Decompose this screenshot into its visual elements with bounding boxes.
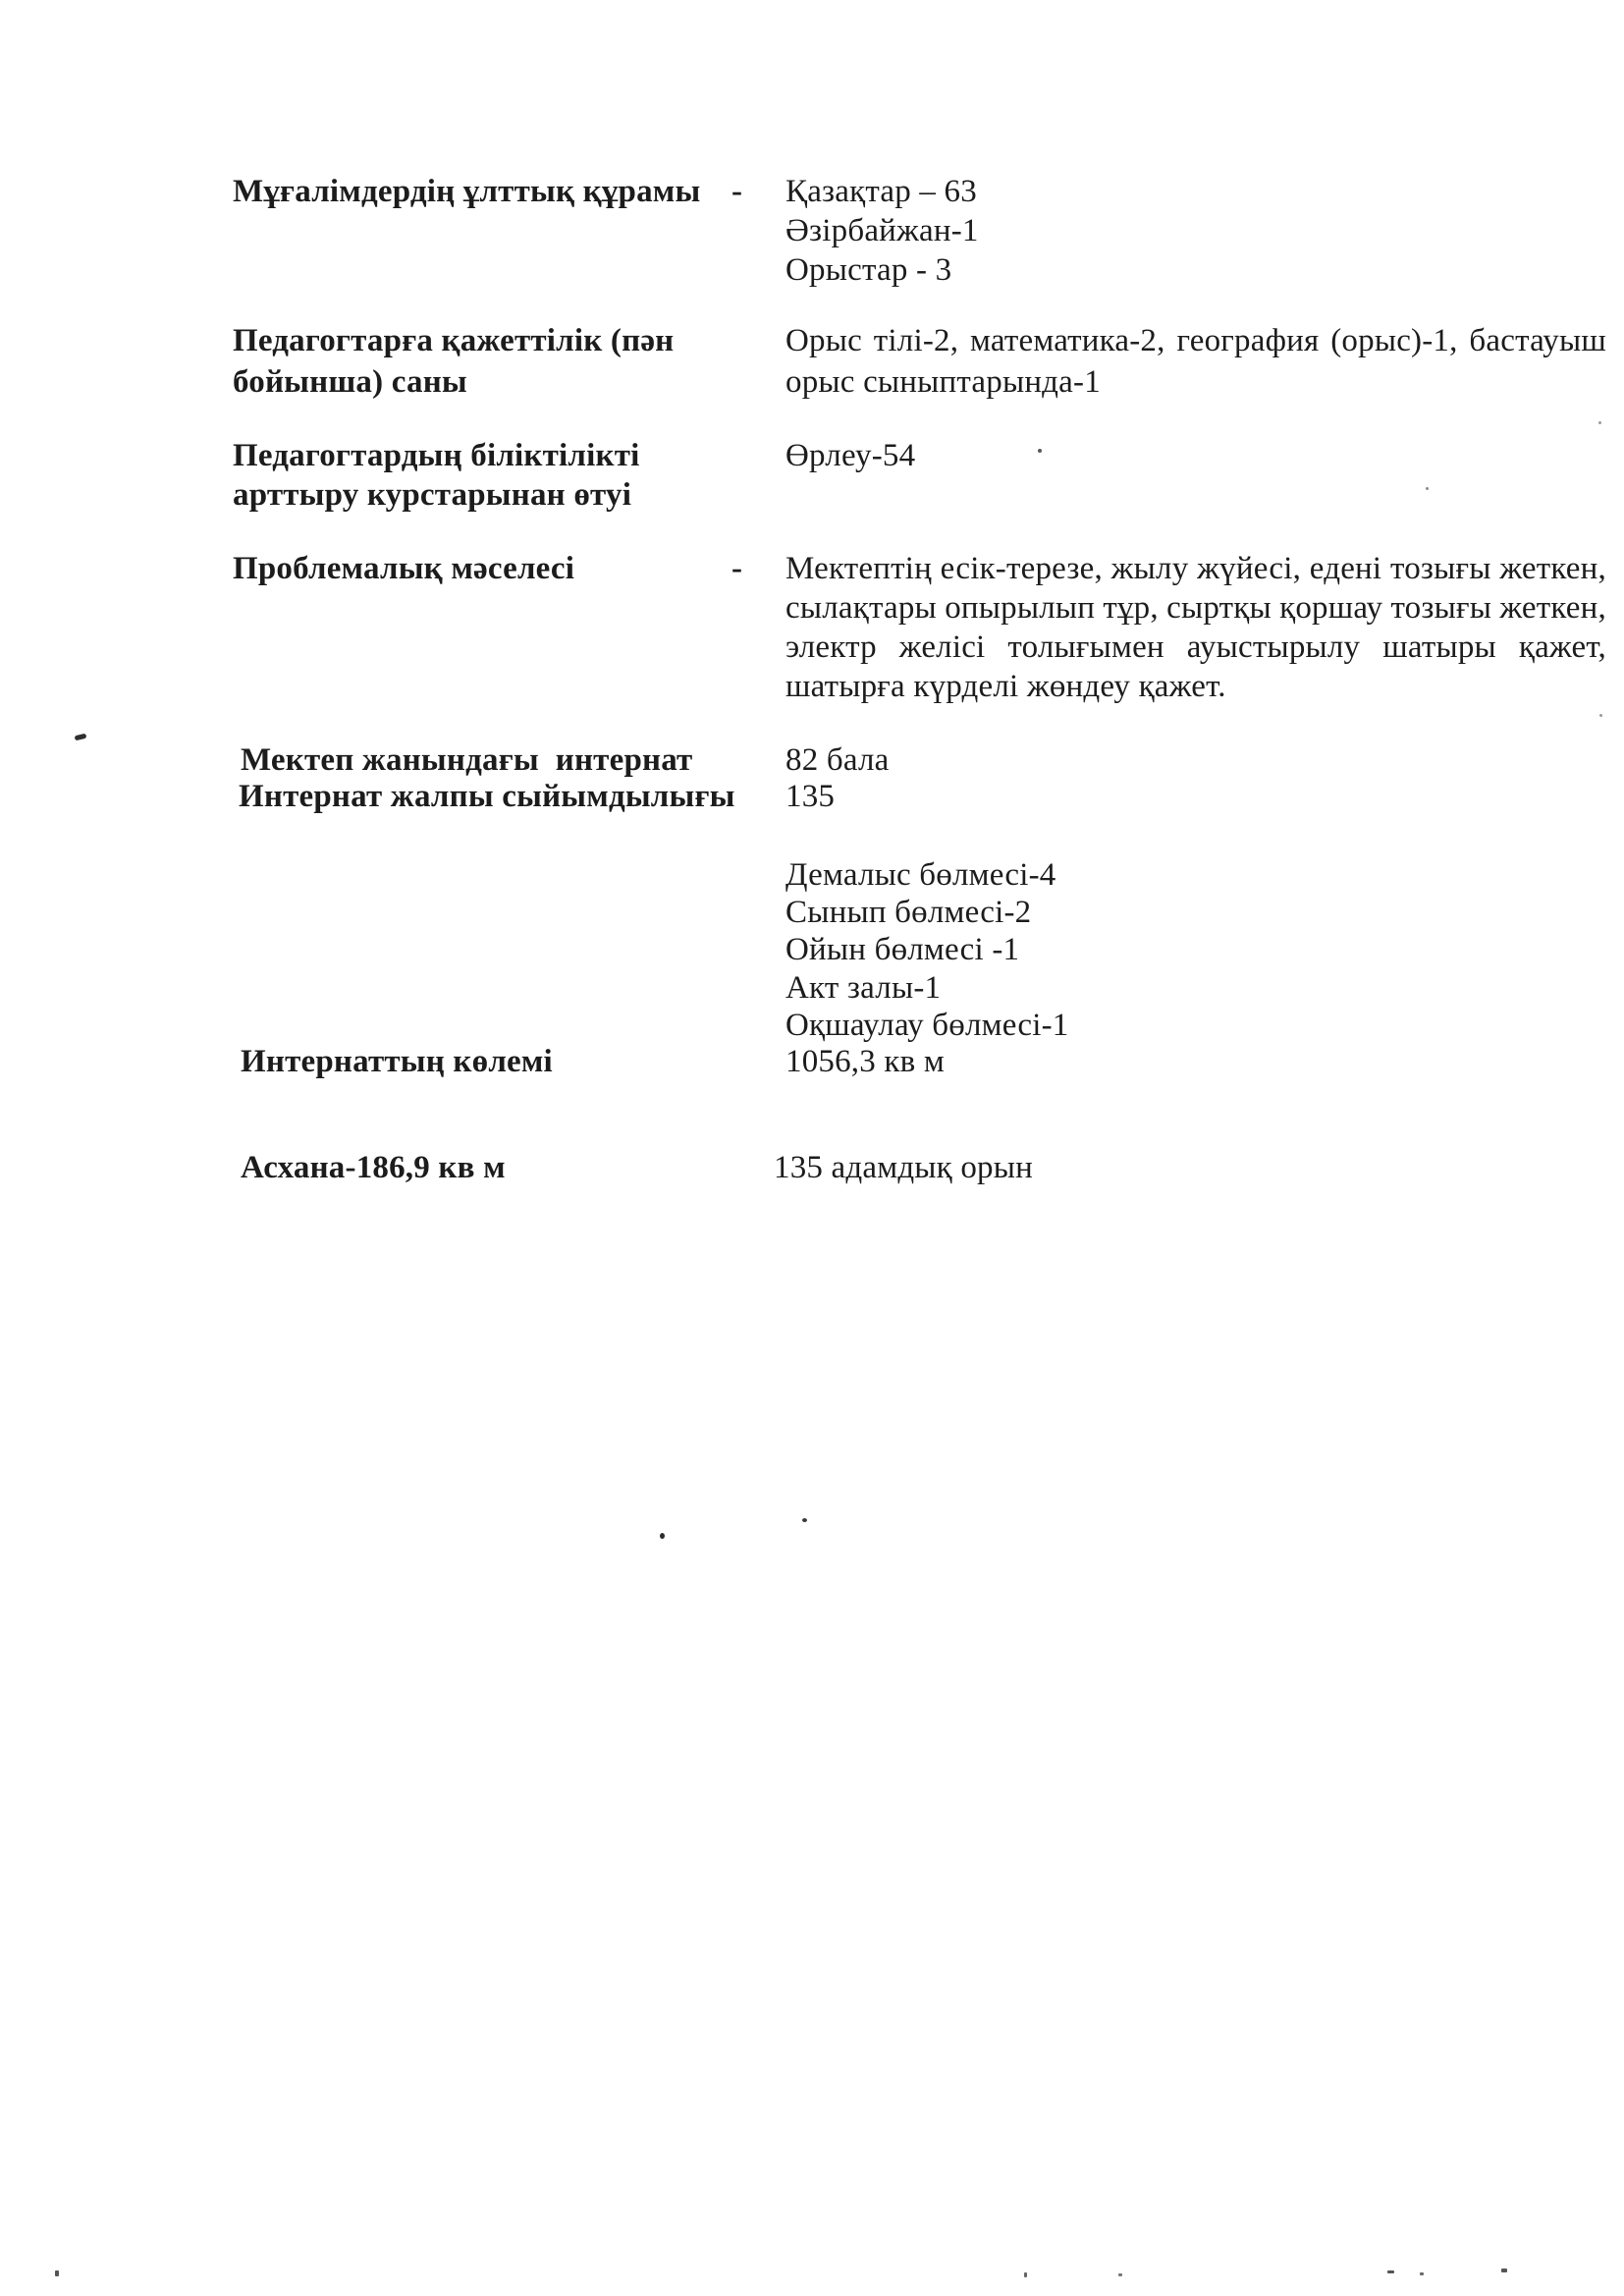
label-boarding-volume: Интернаттың көлемі	[241, 1042, 553, 1081]
value-boarding-children: 82 бала	[785, 740, 890, 780]
value-play-rooms: Ойын бөлмесі -1	[785, 930, 1019, 969]
value-isolation-room: Оқшаулау бөлмесі-1	[785, 1006, 1069, 1045]
scan-speck	[1118, 2273, 1122, 2276]
scan-speck	[75, 734, 87, 741]
scan-speck	[55, 2270, 59, 2276]
label-teacher-need-line2: бойынша) саны	[233, 362, 467, 402]
value-kazakhs-count: Қазақтар – 63	[785, 172, 977, 211]
scan-speck	[1420, 2272, 1424, 2275]
label-qualification-line1: Педагогтардың біліктілікті	[233, 436, 640, 475]
label-boarding-capacity: Интернат жалпы сыйымдылығы	[239, 777, 735, 816]
value-assembly-hall: Акт залы-1	[785, 968, 941, 1008]
label-teacher-need-line1: Педагогтарға қажеттілік (пән	[233, 321, 674, 360]
value-teacher-need-line1: Орыстілі-2,математика-2,география(орыс)-…	[785, 321, 1606, 360]
value-problem-line2: сылақтарыопырылыптұр,сыртқықоршаутозығыж…	[785, 588, 1606, 628]
value-canteen-seats: 135 адамдық орын	[774, 1148, 1033, 1187]
value-boarding-capacity: 135	[785, 777, 835, 816]
value-qualification-orleu: Өрлеу-54	[785, 436, 915, 475]
scan-speck	[1387, 2270, 1394, 2273]
scan-speck	[1598, 421, 1601, 424]
scan-speck	[802, 1518, 807, 1522]
scan-speck	[1426, 487, 1429, 490]
value-problem-line4: шатырға күрделі жөндеу қажет.	[785, 667, 1226, 706]
scan-speck	[1024, 2272, 1027, 2277]
value-azerbaijani-count: Әзірбайжан-1	[785, 211, 979, 250]
value-russians-count: Орыстар - 3	[785, 250, 951, 290]
label-qualification-line2: арттыру курстарынан өтуі	[233, 475, 631, 515]
label-canteen-area: Асхана-186,9 кв м	[241, 1148, 506, 1187]
scan-speck	[660, 1533, 665, 1539]
value-problem-line1: Мектептіңесік-терезе,жылужүйесі,еденітоз…	[785, 549, 1606, 588]
value-problem-line3: электржелісітолығыменауыстырылушатырықаж…	[785, 628, 1606, 667]
scan-speck	[1599, 714, 1602, 717]
value-class-rooms: Сынып бөлмесі-2	[785, 893, 1031, 932]
scan-speck	[1038, 449, 1042, 453]
value-boarding-volume: 1056,3 кв м	[785, 1042, 945, 1081]
separator-dash-2: -	[731, 549, 742, 588]
scan-speck	[1501, 2269, 1507, 2272]
separator-dash-1: -	[731, 172, 742, 211]
value-teacher-need-line2: орыс сыныптарында-1	[785, 362, 1101, 402]
label-problem-issue: Проблемалық мәселесі	[233, 549, 574, 588]
label-boarding-school: Мектеп жанындағы интернат	[241, 740, 692, 780]
label-teachers-nationality: Мұғалімдердің ұлттық құрамы	[233, 172, 700, 211]
value-rest-rooms: Демалыс бөлмесі-4	[785, 855, 1056, 895]
document-page: Мұғалімдердің ұлттық құрамы - Қазақтар –…	[0, 0, 1624, 2296]
